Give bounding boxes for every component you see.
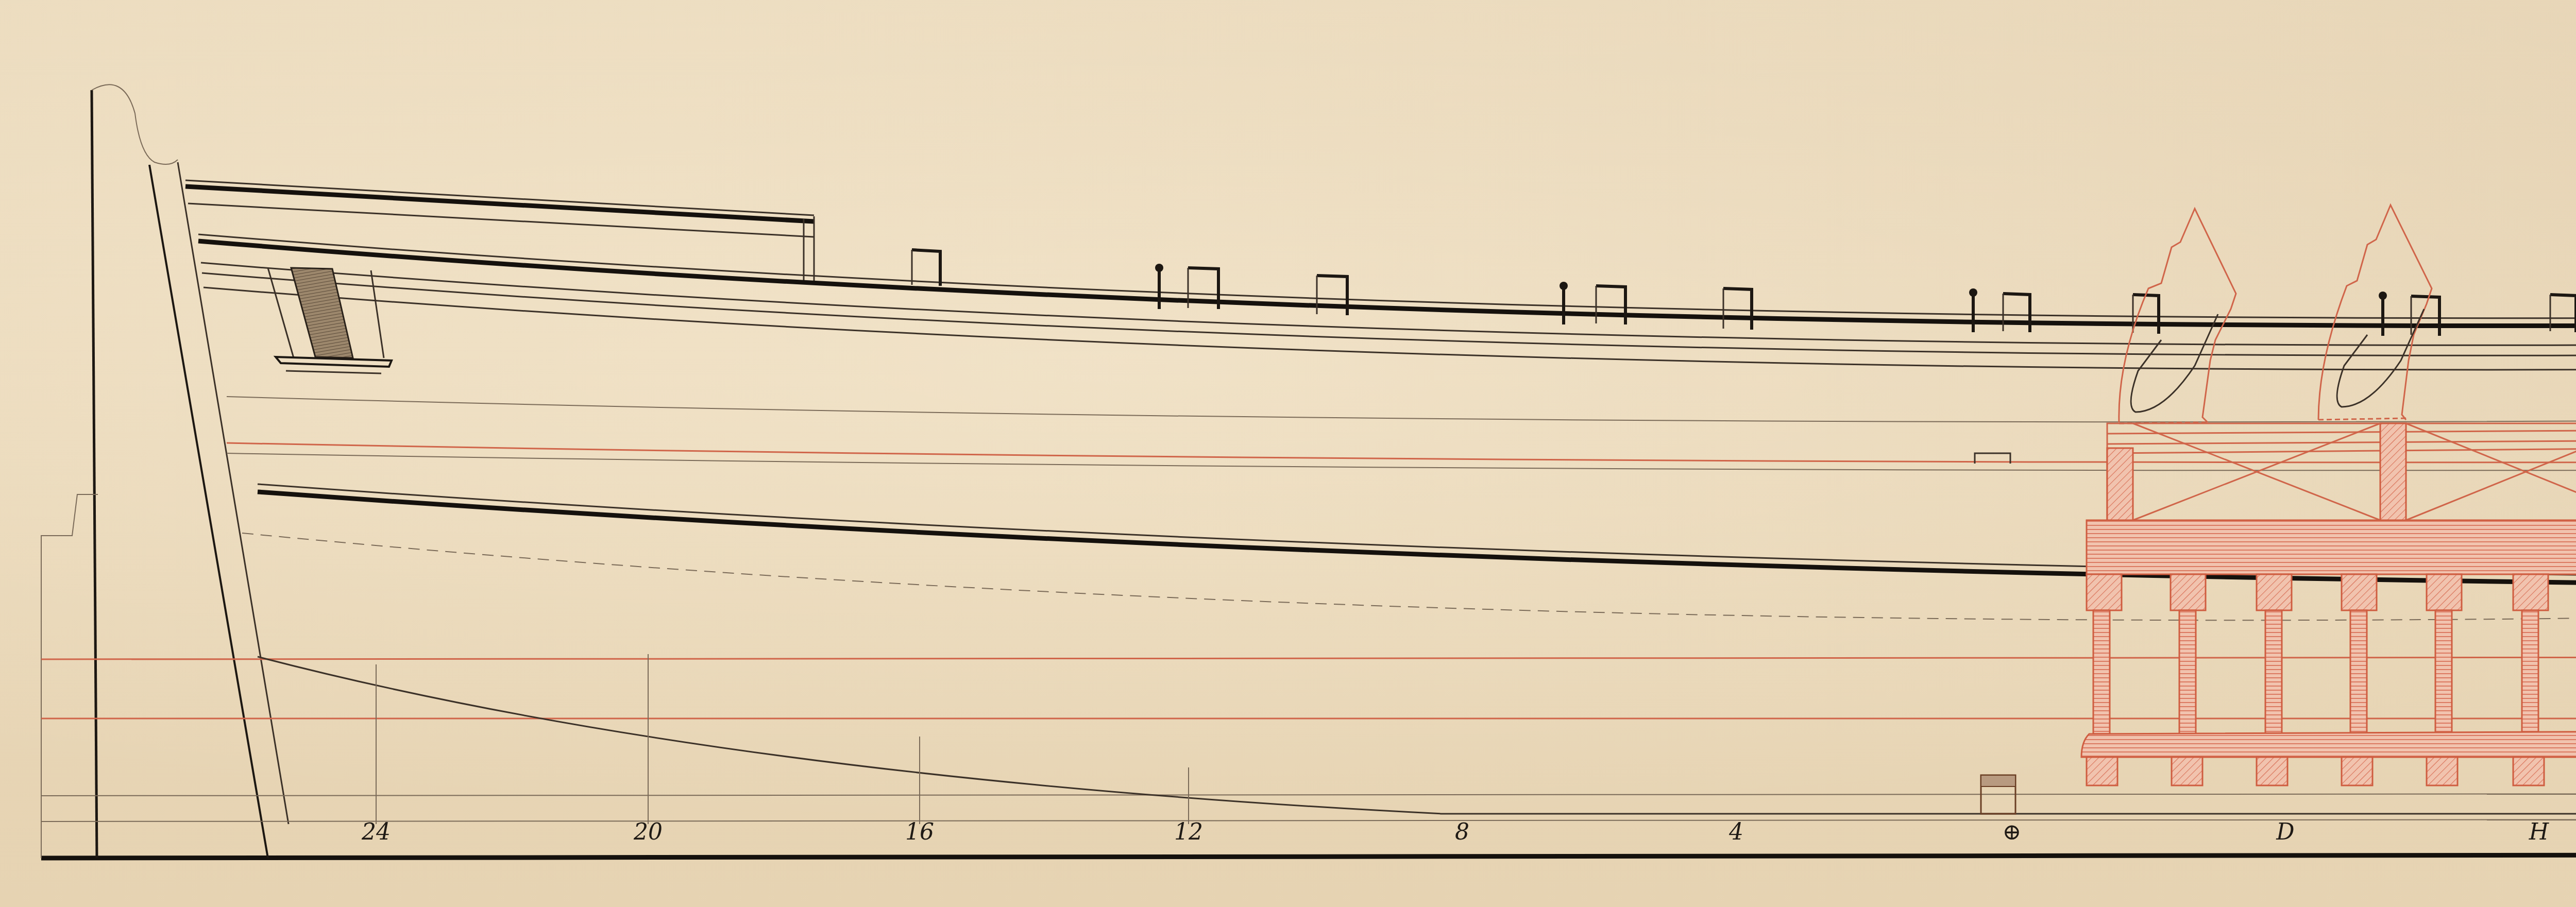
ship-profile-drawing — [0, 0, 2576, 907]
belaying-pin-icon — [1155, 264, 1163, 309]
baseline — [41, 854, 2576, 858]
station-label: 16 — [905, 819, 934, 845]
stern-post — [41, 84, 289, 858]
station-label: D — [2276, 819, 2294, 845]
station-label: 4 — [1729, 819, 1743, 845]
red-ink-framework — [2081, 205, 2576, 785]
station-label: 8 — [1455, 819, 1469, 845]
stern-window — [268, 268, 392, 373]
station-label: 24 — [362, 819, 391, 845]
station-label: H — [2529, 819, 2549, 845]
midship-symbol-icon: ⊕ — [2003, 819, 2022, 845]
belaying-pin-icon — [2379, 292, 2387, 336]
belaying-pin-icon — [1560, 282, 1568, 324]
station-label: 12 — [1174, 819, 1203, 845]
hull-bottom-curve — [258, 634, 2576, 814]
davit-arm — [2318, 205, 2432, 420]
belaying-pin-icon — [1969, 288, 1977, 332]
station-label: 20 — [634, 819, 663, 845]
